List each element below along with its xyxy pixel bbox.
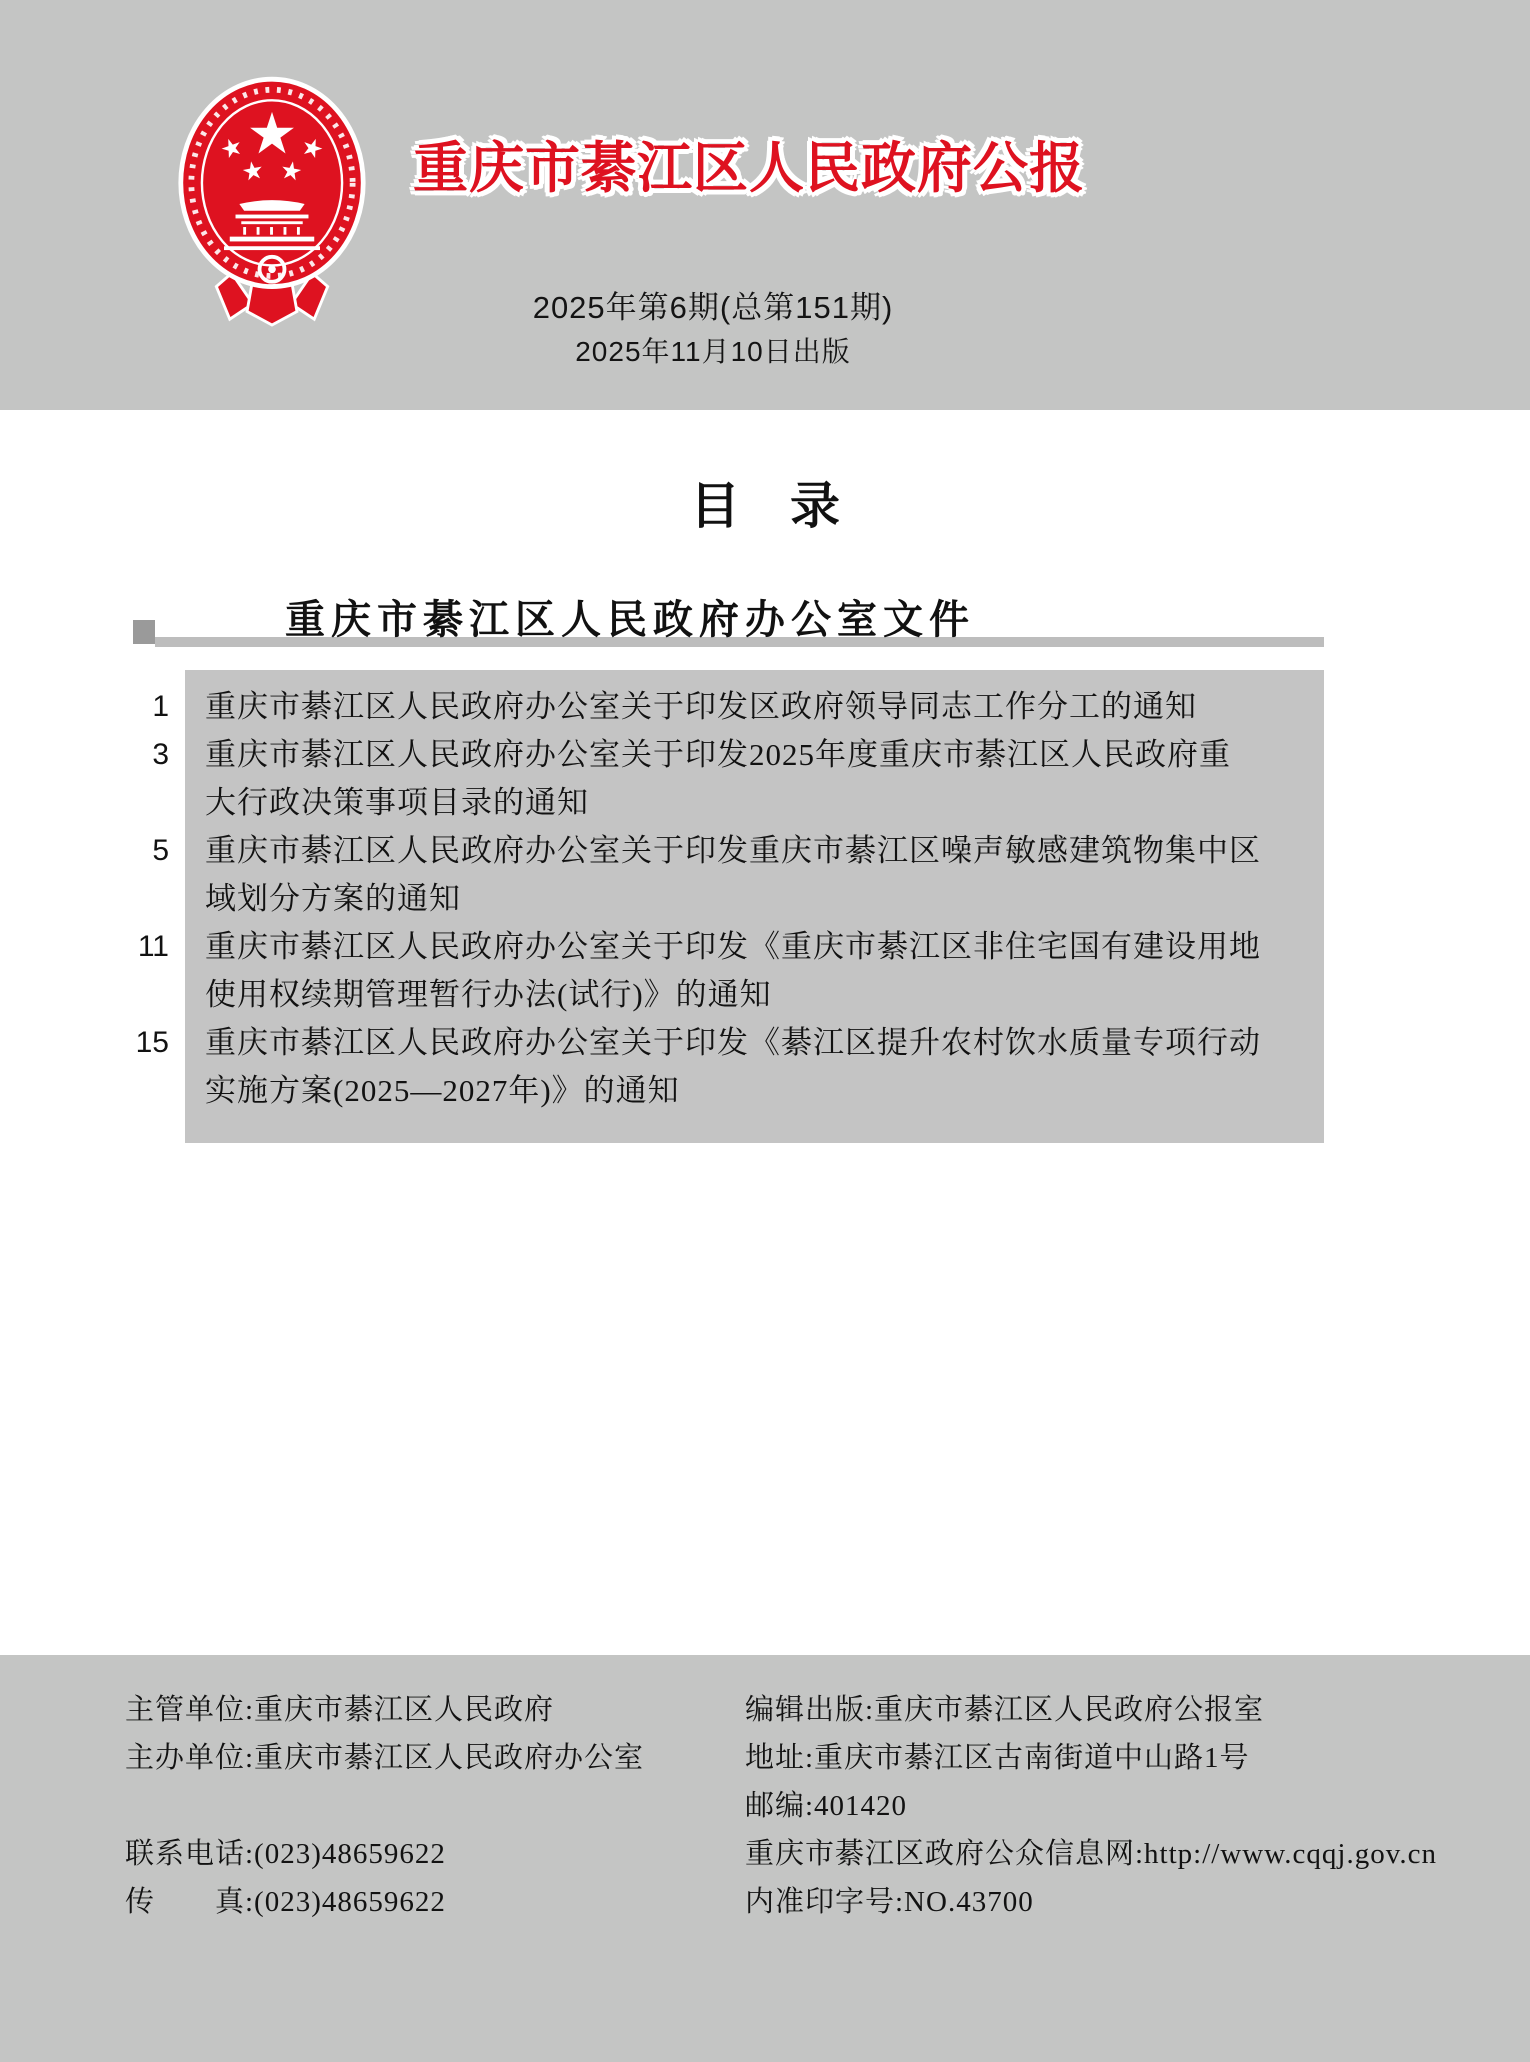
colophon-right-column: 编辑出版:重庆市綦江区人民政府公报室 地址:重庆市綦江区古南街道中山路1号 邮编… [745, 1686, 1437, 1926]
toc-entry: 11 重庆市綦江区人民政府办公室关于印发《重庆市綦江区非住宅国有建设用地使用权续… [0, 923, 1324, 1019]
toc-entry-page-number: 5 [0, 827, 185, 875]
toc-entry-page-number: 3 [0, 731, 185, 779]
toc-entry: 15 重庆市綦江区人民政府办公室关于印发《綦江区提升农村饮水质量专项行动实施方案… [0, 1019, 1324, 1115]
toc-entry-title: 重庆市綦江区人民政府办公室关于印发《重庆市綦江区非住宅国有建设用地使用权续期管理… [205, 923, 1261, 1019]
toc-entry-page-number: 1 [0, 683, 185, 731]
china-national-emblem-icon [176, 72, 368, 336]
colophon-band: 主管单位:重庆市綦江区人民政府 主办单位:重庆市綦江区人民政府办公室 联系电话:… [0, 1655, 1530, 2062]
publish-date-line: 2025年11月10日出版 [413, 330, 1013, 370]
colophon-row [125, 1782, 644, 1830]
toc-entry: 5 重庆市綦江区人民政府办公室关于印发重庆市綦江区噪声敏感建筑物集中区域划分方案… [0, 827, 1324, 923]
gazette-cover-page: 重庆市綦江区人民政府公报 2025年第6期(总第151期) 2025年11月10… [0, 0, 1530, 2062]
toc-heading: 目 录 [0, 466, 1530, 538]
colophon-row: 联系电话:(023)48659622 [125, 1830, 644, 1878]
toc-entry: 1 重庆市綦江区人民政府办公室关于印发区政府领导同志工作分工的通知 [0, 683, 1324, 731]
gazette-title: 重庆市綦江区人民政府公报 [413, 124, 1013, 203]
toc-entry-title: 重庆市綦江区人民政府办公室关于印发《綦江区提升农村饮水质量专项行动实施方案(20… [205, 1019, 1261, 1115]
colophon-row: 编辑出版:重庆市綦江区人民政府公报室 [745, 1686, 1437, 1734]
colophon-row: 地址:重庆市綦江区古南街道中山路1号 [745, 1734, 1437, 1782]
toc-entry-title: 重庆市綦江区人民政府办公室关于印发区政府领导同志工作分工的通知 [205, 683, 1261, 731]
masthead-band: 重庆市綦江区人民政府公报 2025年第6期(总第151期) 2025年11月10… [0, 0, 1530, 410]
toc-entry-page-number: 15 [0, 1019, 185, 1067]
toc-entry-title: 重庆市綦江区人民政府办公室关于印发重庆市綦江区噪声敏感建筑物集中区域划分方案的通… [205, 827, 1261, 923]
colophon-row: 重庆市綦江区政府公众信息网:http://www.cqqj.gov.cn [745, 1830, 1437, 1878]
toc-entry-page-number: 11 [0, 923, 185, 971]
toc-entry-title: 重庆市綦江区人民政府办公室关于印发2025年度重庆市綦江区人民政府重大行政决策事… [205, 731, 1261, 827]
issue-number-line: 2025年第6期(总第151期) [413, 282, 1013, 327]
colophon-row: 传 真:(023)48659622 [125, 1878, 644, 1926]
colophon-row: 内准印字号:NO.43700 [745, 1878, 1437, 1926]
colophon-row: 邮编:401420 [745, 1782, 1437, 1830]
toc-entries: 1 重庆市綦江区人民政府办公室关于印发区政府领导同志工作分工的通知 3 重庆市綦… [0, 683, 1324, 1115]
colophon-left-column: 主管单位:重庆市綦江区人民政府 主办单位:重庆市綦江区人民政府办公室 联系电话:… [125, 1686, 644, 1926]
toc-entry: 3 重庆市綦江区人民政府办公室关于印发2025年度重庆市綦江区人民政府重大行政决… [0, 731, 1324, 827]
section-marker-square [133, 620, 155, 644]
colophon-row: 主办单位:重庆市綦江区人民政府办公室 [125, 1734, 644, 1782]
colophon-row: 主管单位:重庆市綦江区人民政府 [125, 1686, 644, 1734]
toc-section-title: 重庆市綦江区人民政府办公室文件 [285, 588, 975, 645]
